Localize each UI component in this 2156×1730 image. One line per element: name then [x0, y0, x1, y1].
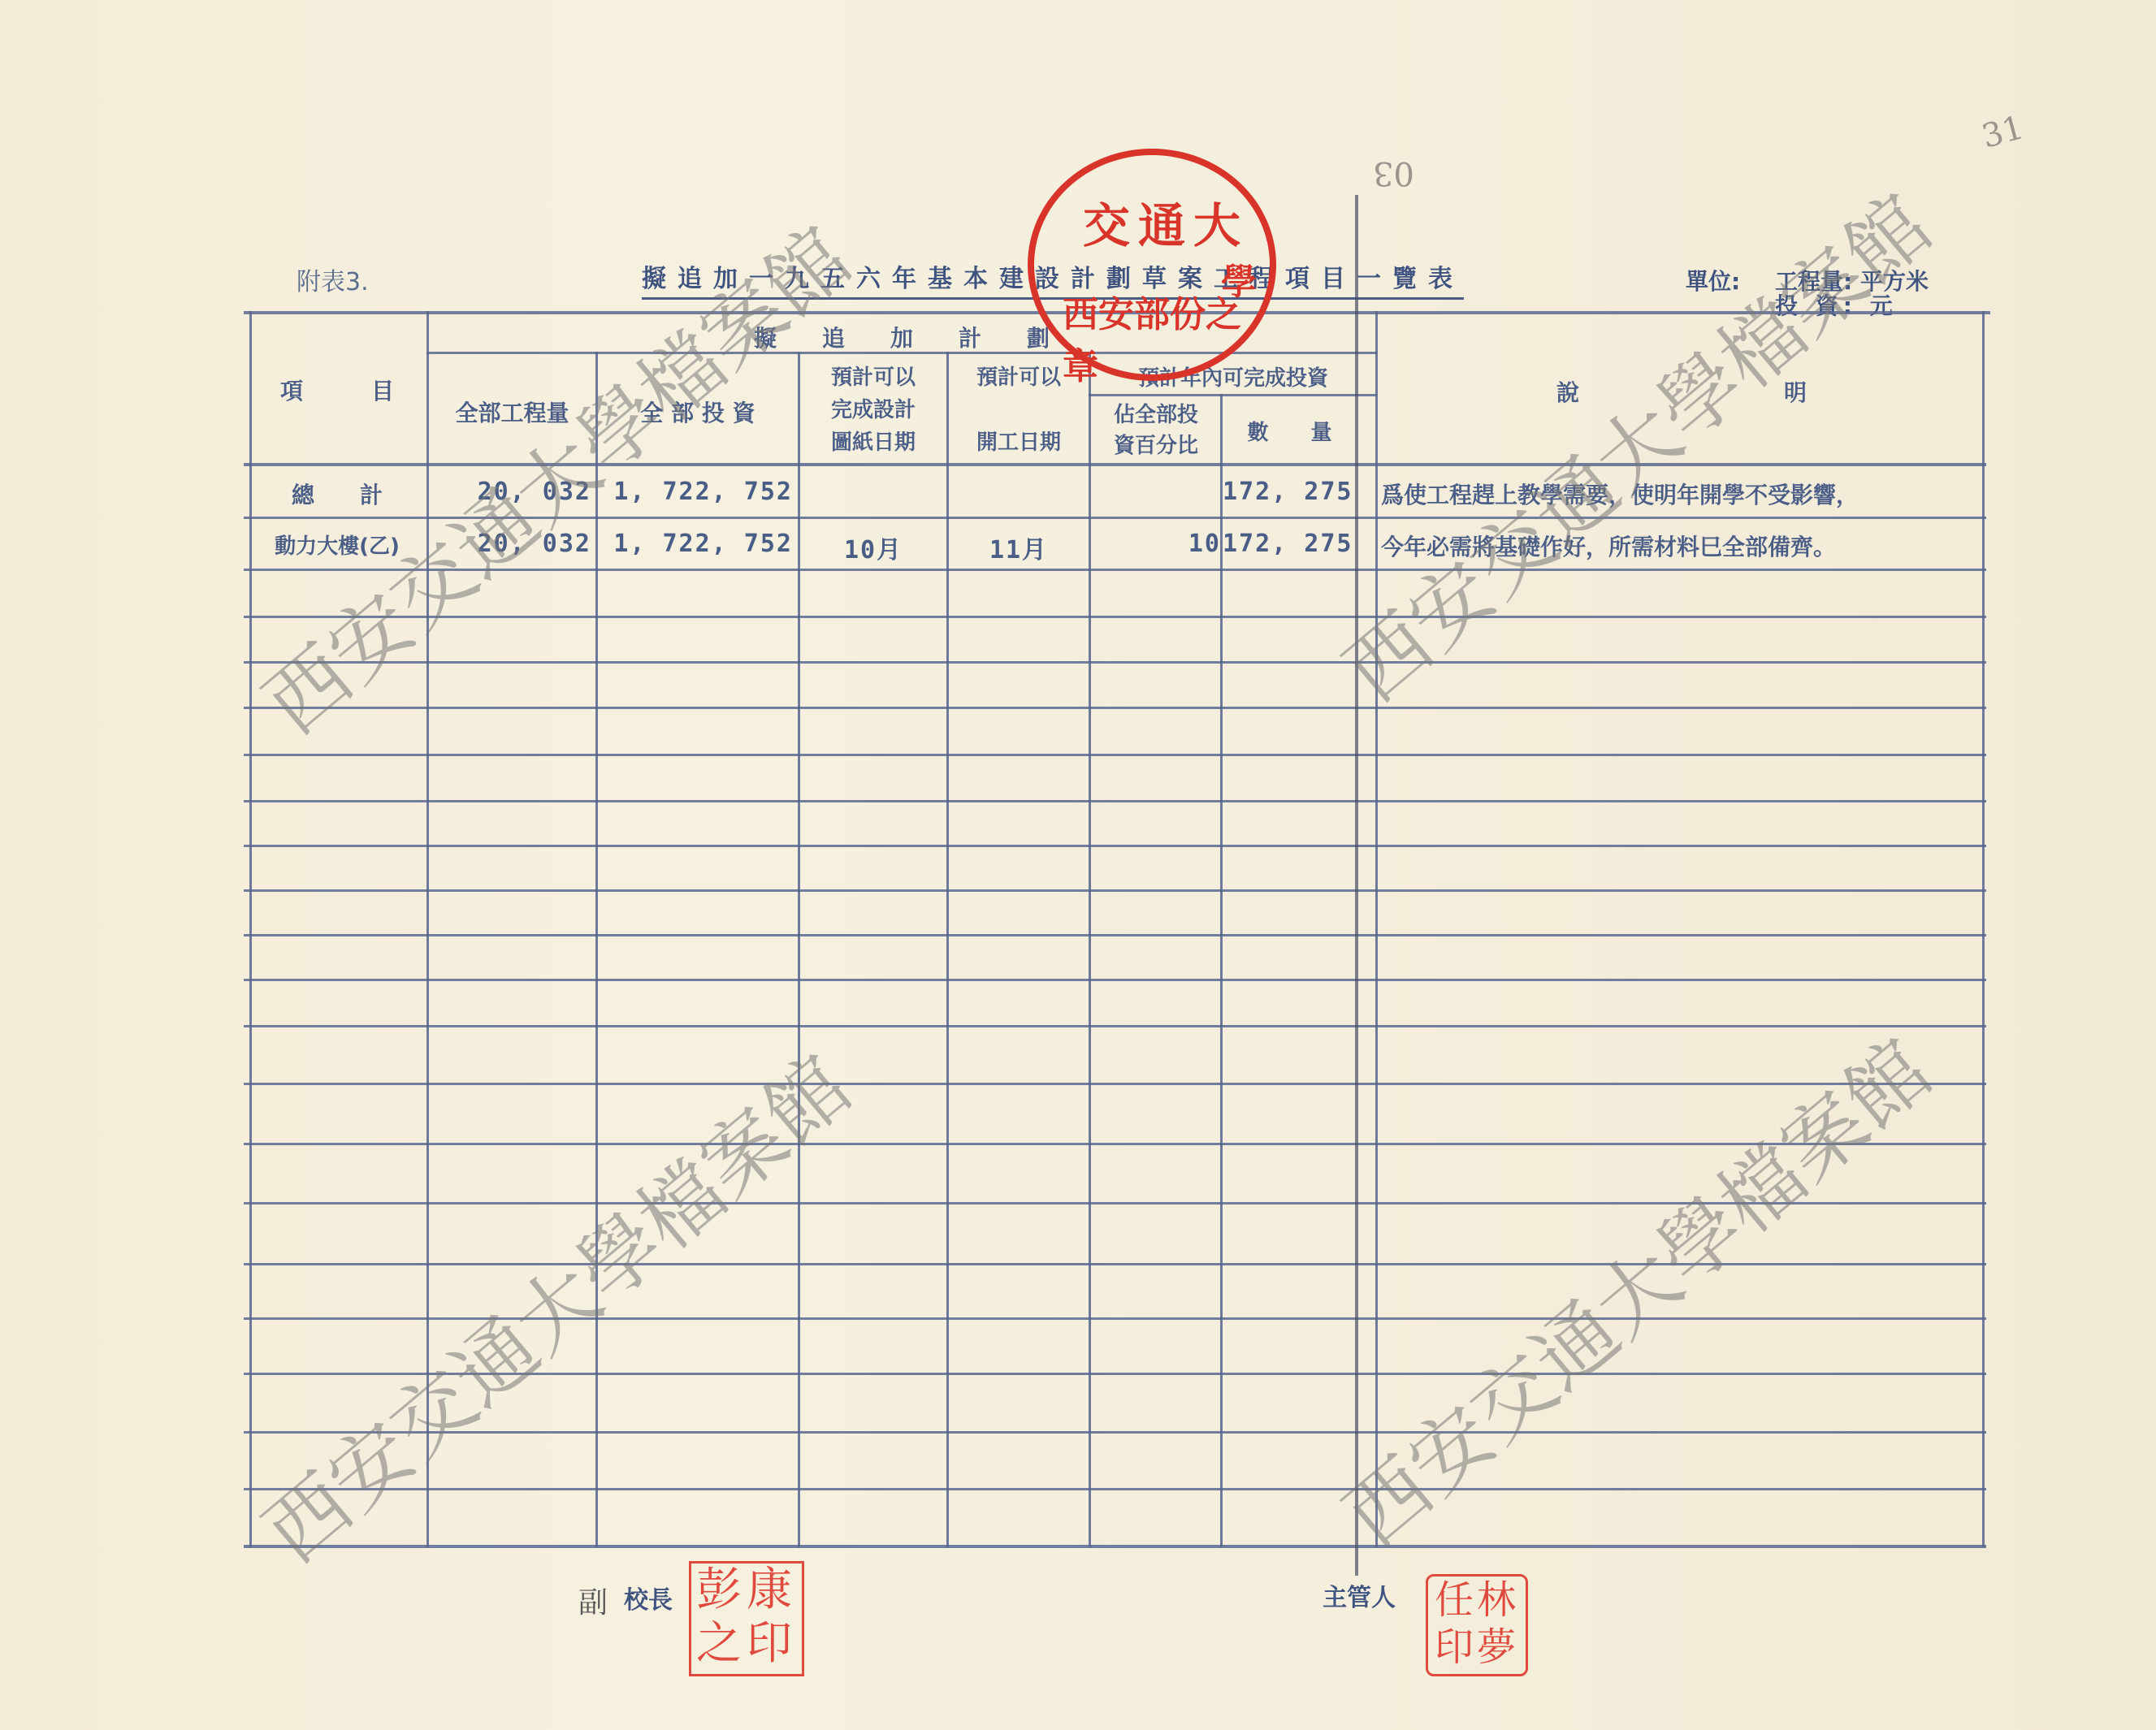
appendix-label: 附表3. — [297, 262, 369, 297]
principal-seal: 彭康之印 — [689, 1561, 804, 1676]
manager-seal: 任林印夢 — [1426, 1574, 1528, 1676]
page-number: 31 — [1978, 109, 2028, 156]
row-amount: 172, 275 — [1223, 530, 1361, 558]
header-percent: 佔全部投 資百分比 — [1091, 400, 1221, 461]
row-total-quantity: 20, 032 — [429, 530, 591, 558]
header-remarks: 說 明 — [1381, 375, 1982, 408]
row-start-date: 11月 — [949, 530, 1089, 565]
official-round-stamp: 交通大 學 西安部份之章 — [1028, 149, 1276, 381]
row-total-investment: 1, 722, 752 — [598, 530, 793, 558]
header-total-quantity: 全部工程量 — [429, 396, 595, 428]
archive-watermark: 西安交通大學檔案館 — [236, 1024, 871, 1584]
unit-label: 單位: — [1686, 264, 1740, 296]
row-item: 動力大樓(乙) — [252, 530, 422, 560]
header-item: 項 目 — [252, 374, 422, 406]
vice-prefix: 副 — [578, 1580, 608, 1621]
row-percent: 10 — [1091, 530, 1221, 558]
row-total-investment: 1, 722, 752 — [598, 478, 793, 506]
row-design-date: 10月 — [800, 530, 946, 565]
principal-label: 校長 — [624, 1580, 673, 1615]
archive-watermark: 西安交通大學檔案館 — [1316, 1008, 1951, 1568]
row-remarks: 今年必需將基礎作好，所需材料巳全部備齊。 — [1381, 530, 1990, 562]
row-item: 總 計 — [252, 478, 422, 510]
archive-watermark: 西安交通大學檔案館 — [1316, 163, 1951, 723]
unit-investment: 投 資: 元 — [1775, 288, 1898, 321]
header-design-date: 預計可以 完成設計 圖紙日期 — [800, 361, 946, 459]
manager-label: 主管人 — [1323, 1577, 1396, 1613]
row-amount: 172, 275 — [1223, 478, 1361, 506]
header-total-investment: 全 部 投 資 — [598, 396, 798, 428]
header-amount: 數 量 — [1223, 416, 1357, 446]
row-total-quantity: 20, 032 — [429, 478, 591, 506]
archive-number: 03 — [1373, 154, 1414, 192]
row-remarks: 爲使工程趕上教學需要，使明年開學不受影響， — [1381, 478, 1990, 510]
